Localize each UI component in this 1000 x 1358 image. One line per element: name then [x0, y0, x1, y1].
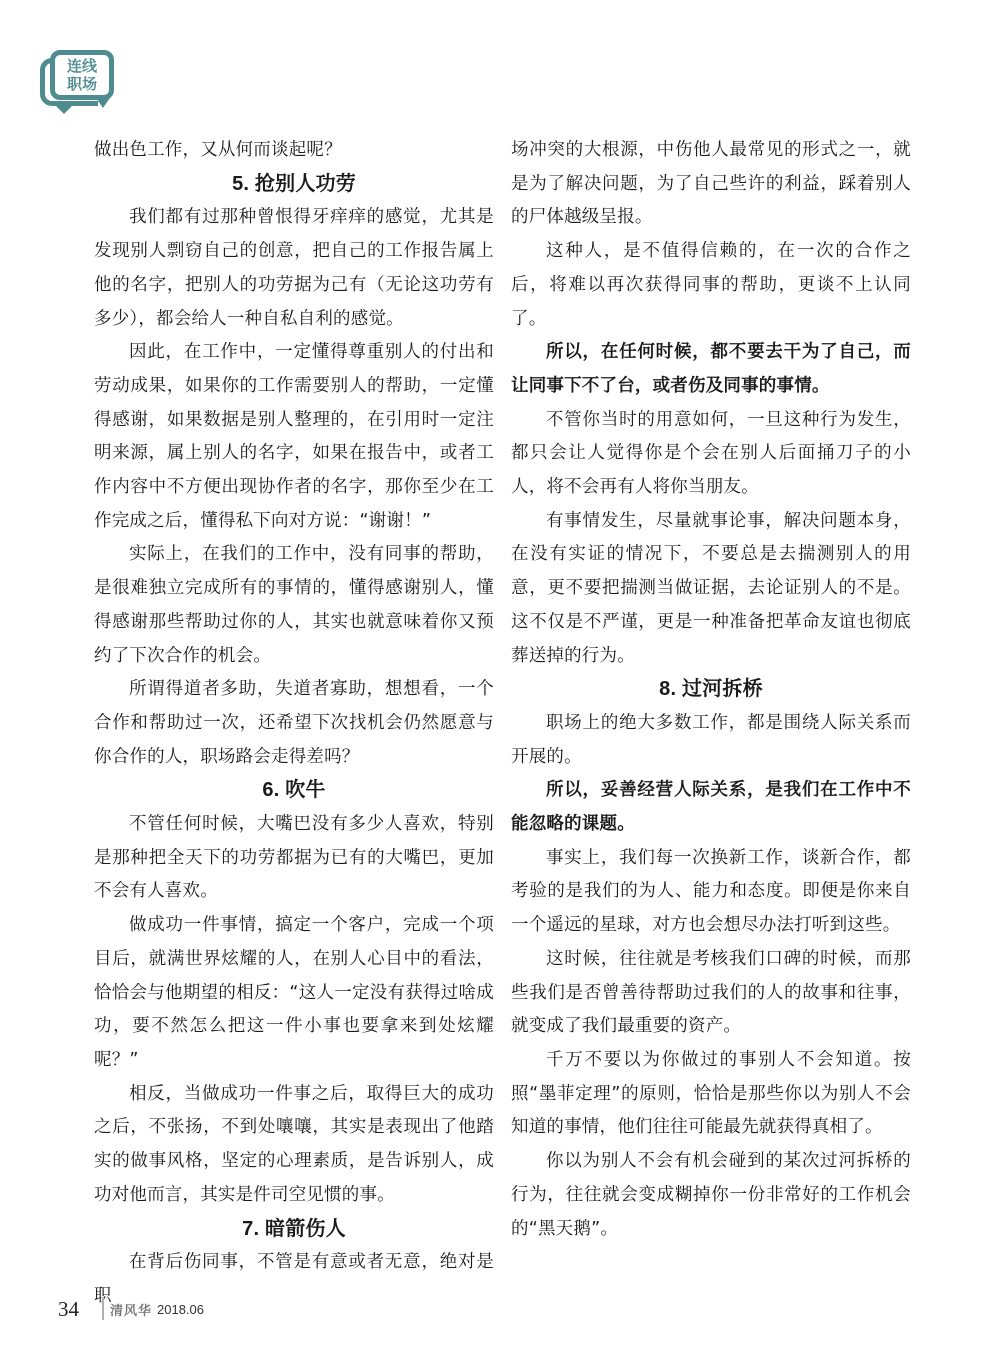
paragraph: 所谓得道者多助，失道者寡助，想想看，一个合作和帮助过一次，还希望下次找机会仍然愿… — [94, 673, 494, 774]
section-heading: 6. 吹牛 — [94, 774, 494, 808]
paragraph: 千万不要以为你做过的事别人不会知道。按照“墨菲定理”的原则，恰恰是那些你以为别人… — [511, 1044, 911, 1145]
emphasis-paragraph: 所以，在任何时候，都不要去干为了自己，而让同事下不了台，或者伤及同事的事情。 — [511, 336, 911, 403]
paragraph: 因此，在工作中，一定懂得尊重别人的付出和劳动成果，如果你的工作需要别人的帮助，一… — [94, 336, 494, 538]
paragraph: 这时候，往往就是考核我们口碑的时候，而那些我们是否曾善待帮助过我们的人的故事和往… — [511, 943, 911, 1044]
left-column: 做出色工作，又从何而谈起呢？5. 抢别人功劳我们都有过那种曾恨得牙痒痒的感觉，尤… — [94, 134, 494, 1314]
paragraph: 做成功一件事情，搞定一个客户，完成一个项目后，就满世界炫耀的人，在别人心目中的看… — [94, 909, 494, 1078]
magazine-name: 清风华 — [110, 1300, 152, 1319]
page-footer: 34 清风华 2018.06 — [58, 1294, 204, 1324]
paragraph: 有事情发生，尽量就事论事，解决问题本身，在没有实证的情况下，不要总是去揣测别人的… — [511, 505, 911, 674]
footer-divider — [102, 1298, 104, 1320]
speech-bubble-front-icon: 连线 职场 — [50, 50, 114, 100]
emphasis-paragraph: 所以，妥善经营人际关系，是我们在工作中不能忽略的课题。 — [511, 774, 911, 841]
page-number: 34 — [58, 1297, 92, 1322]
section-heading: 8. 过河拆桥 — [511, 673, 911, 707]
paragraph: 相反，当做成功一件事之后，取得巨大的成功之后，不张扬，不到处嚷嚷，其实是表现出了… — [94, 1078, 494, 1213]
paragraph: 职场上的绝大多数工作，都是围绕人际关系而开展的。 — [511, 707, 911, 774]
speech-bubble-tail-icon — [56, 106, 72, 114]
logo-text-line2: 职场 — [67, 75, 97, 93]
right-column: 场冲突的大根源，中伤他人最常见的形式之一，就是为了解决问题，为了自己些许的利益，… — [511, 134, 911, 1246]
paragraph: 实际上，在我们的工作中，没有同事的帮助，是很难独立完成所有的事情的，懂得感谢别人… — [94, 538, 494, 673]
paragraph: 我们都有过那种曾恨得牙痒痒的感觉，尤其是发现别人剽窃自己的创意，把自己的工作报告… — [94, 201, 494, 336]
speech-bubble-tail-icon — [96, 98, 110, 108]
paragraph: 不管你当时的用意如何，一旦这种行为发生，都只会让人觉得你是个会在别人后面捅刀子的… — [511, 404, 911, 505]
paragraph: 这种人，是不值得信赖的，在一次的合作之后，将难以再次获得同事的帮助，更谈不上认同… — [511, 235, 911, 336]
section-heading: 7. 暗箭伤人 — [94, 1213, 494, 1247]
paragraph: 场冲突的大根源，中伤他人最常见的形式之一，就是为了解决问题，为了自己些许的利益，… — [511, 134, 911, 235]
paragraph: 你以为别人不会有机会碰到的某次过河拆桥的行为，往往就会变成糊掉你一份非常好的工作… — [511, 1145, 911, 1246]
paragraph: 不管任何时候，大嘴巴没有多少人喜欢，特别是那种把全天下的功劳都据为已有的大嘴巴，… — [94, 808, 494, 909]
paragraph: 事实上，我们每一次换新工作，谈新合作，都考验的是我们的为人、能力和态度。即便是你… — [511, 842, 911, 943]
section-heading: 5. 抢别人功劳 — [94, 168, 494, 202]
paragraph: 做出色工作，又从何而谈起呢？ — [94, 134, 494, 168]
column-logo: 连线 职场 — [40, 50, 116, 114]
issue-date: 2018.06 — [157, 1302, 204, 1317]
logo-text-line1: 连线 — [67, 57, 97, 75]
